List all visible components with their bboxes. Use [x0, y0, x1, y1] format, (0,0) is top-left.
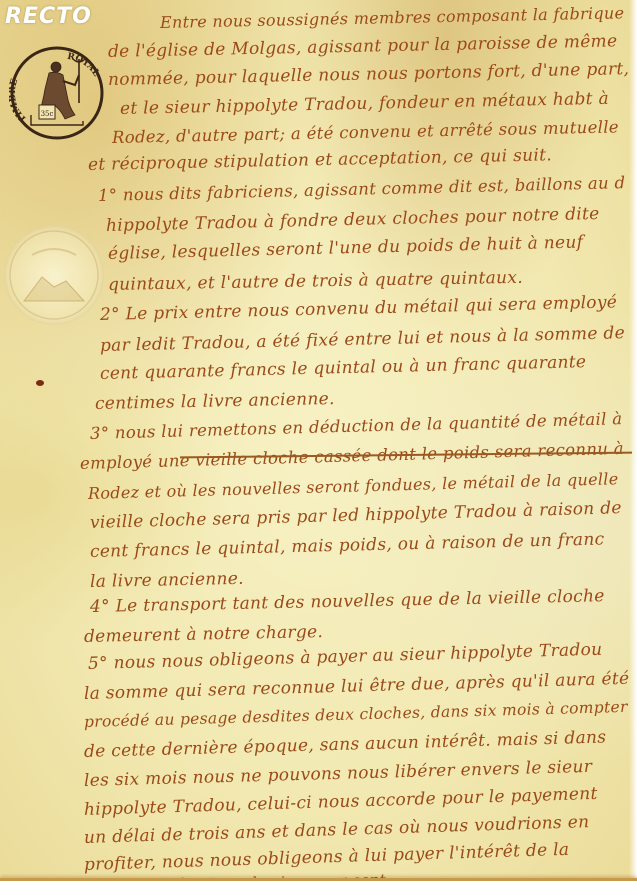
text-line: 4° Le transport tant des nouvelles que d…: [90, 586, 605, 617]
text-line: Rodez et où les nouvelles seront fondues…: [88, 469, 619, 503]
text-line: de cette dernière époque, sans aucun int…: [84, 727, 607, 762]
text-line: et le sieur hippolyte Tradou, fondeur en…: [120, 89, 609, 119]
text-line: procédé au pesage desdites deux cloches,…: [84, 698, 628, 731]
text-line: 1° nous dits fabriciens, agissant comme …: [98, 173, 626, 205]
document-page: RECTO TIMBRE ROYAL 3: [0, 0, 637, 895]
page-edge-bottom: [0, 878, 637, 895]
text-line: vieille cloche sera pris par led hippoly…: [90, 498, 622, 533]
text-line: cent quarante francs le quintal ou à un …: [100, 352, 587, 384]
text-line: hippolyte Tradou à fondre deux cloches p…: [106, 204, 600, 236]
text-line: de l'église de Molgas, agissant pour la …: [108, 31, 618, 62]
text-line: la somme qui sera reconnue lui être due,…: [84, 669, 630, 704]
text-line: Entre nous soussignés membres composant …: [160, 3, 625, 32]
text-line: 3° nous lui remettons en déduction de la…: [90, 409, 623, 443]
handwritten-text: Entre nous soussignés membres composant …: [0, 0, 637, 895]
text-line: et réciproque stipulation et acceptation…: [88, 145, 552, 175]
text-line: nommée, pour laquelle nous nous portons …: [108, 59, 630, 90]
text-line: église, lesquelles seront l'une du poids…: [108, 232, 584, 264]
text-line: Rodez, d'autre part; a été convenu et ar…: [112, 117, 619, 147]
text-line: demeurent à notre charge.: [84, 622, 324, 647]
text-line: 2° Le prix entre nous convenu du métail …: [100, 292, 618, 325]
text-line: quintaux, et l'autre de trois à quatre q…: [108, 268, 523, 295]
text-line: cent francs le quintal, mais poids, ou à…: [90, 529, 605, 562]
text-line: par ledit Tradou, a été fixé entre lui e…: [100, 323, 625, 356]
text-line: centimes la livre ancienne.: [95, 389, 335, 414]
text-line: la livre ancienne.: [90, 569, 244, 592]
